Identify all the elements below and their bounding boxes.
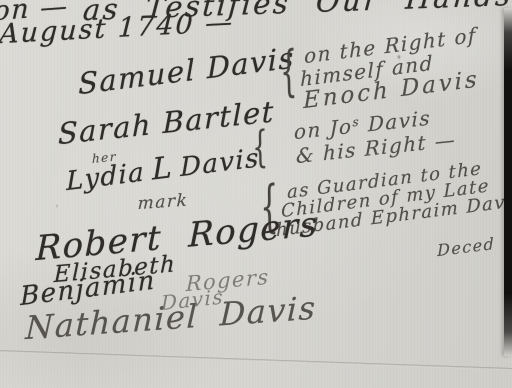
mark-label-mark: mark [137,192,188,213]
signature-lydia-last-name: Davis [180,143,260,183]
signature-lydia-davis: LydiaLDavis [66,142,260,196]
lydia-mark-letter: L [152,150,174,188]
page-edge-shadow [504,8,512,356]
manuscript-photo: on — as Testifies Our Hands August 1740 … [0,0,512,388]
annotation-lydia-line4: Deced [437,236,495,259]
annotation-sarah-line1-superscript: s [353,114,361,129]
brace-samuel-annotation: { [280,45,297,101]
signature-robert-rogers: Robert Rogers [35,207,318,266]
paper-fold-line [0,350,512,370]
signature-lydia-first-name: Lydia [66,157,145,197]
signature-sarah-bartlet: Sarah Bartlet [58,97,275,149]
signature-samuel-davis: Samuel Davis [78,43,295,99]
